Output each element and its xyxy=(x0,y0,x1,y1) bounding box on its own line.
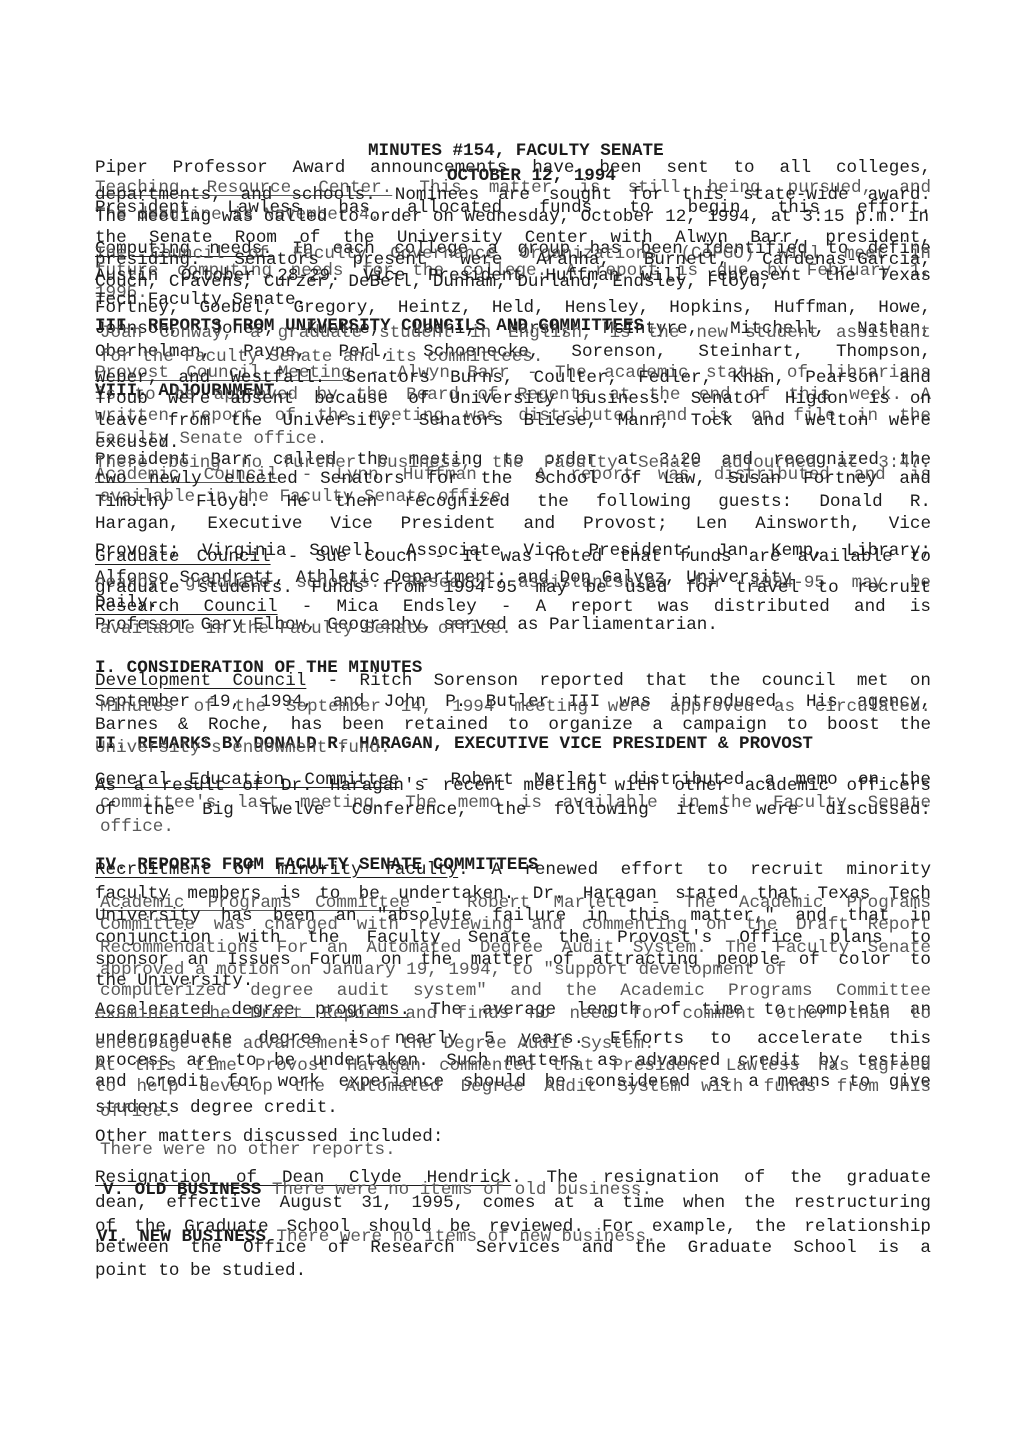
text-line: Joan Conway, a graduate student in Engli… xyxy=(100,323,931,343)
text-line: two newly elected Senators for the Schoo… xyxy=(95,469,931,489)
text-line: of the Big Twelve Conference, the follow… xyxy=(95,800,931,820)
text-line: examined the Draft Report and finds no n… xyxy=(95,1004,931,1024)
text-line: The meeting was called to order on Wedne… xyxy=(95,207,929,227)
text-line: between the Office of Research Services … xyxy=(95,1238,931,1258)
text-line: available in the Faculty Senate office. xyxy=(100,619,512,639)
text-line: office. xyxy=(100,817,174,837)
text-line: dean, effective August 31, 1995, comes a… xyxy=(95,1193,931,1213)
text-line: Fortney, Goebel, Gregory, Heintz, Held, … xyxy=(95,298,931,318)
text-line: University's endowment fund. xyxy=(95,738,391,758)
text-line: Recruitment of minority faculty. A renew… xyxy=(95,860,931,880)
text-line: Graduate Council - Sue Couch - It was no… xyxy=(95,547,931,567)
text-line: to help develop the Automated Degree Aud… xyxy=(95,1077,931,1097)
text-line: graduate students. Funds from 1994-95 ma… xyxy=(95,578,931,598)
text-line: leave from the University. Senators Blie… xyxy=(95,411,931,431)
text-line: Couch, Cravens, Curzer, DeBell, Dunham, … xyxy=(95,272,771,292)
text-line: computerized degree audit system" and th… xyxy=(100,981,931,1001)
text-line: Development Council - Ritch Sorenson rep… xyxy=(95,671,931,691)
text-line: There were no other reports. xyxy=(100,1140,396,1160)
text-line: office. xyxy=(100,1102,174,1122)
text-line: Barnes & Roche, has been retained to org… xyxy=(95,715,931,735)
text-line: Minutes of the September 14, 1994 meetin… xyxy=(100,697,931,717)
text-line: Timothy Floyd. He then recognized the fo… xyxy=(95,492,931,512)
document-page: MINUTES #154, FACULTY SENATEPiper Profes… xyxy=(0,0,1020,1443)
text-line: Research Council - Mica Endsley - A repo… xyxy=(95,597,931,617)
text-line: point to be studied. xyxy=(95,1261,306,1281)
text-line: Haragan, Executive Vice President and Pr… xyxy=(95,514,931,534)
